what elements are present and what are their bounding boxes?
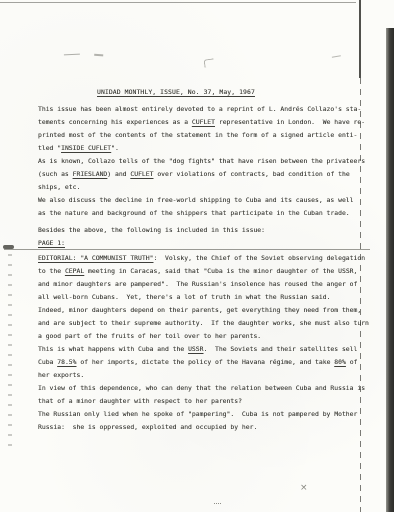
text-segment: of xyxy=(346,358,358,366)
underlined-text-segment: USSR xyxy=(188,345,203,353)
text-line: to the CEPAL meeting in Caracas, said th… xyxy=(38,265,368,278)
text-segment: and are subject to their supreme authori… xyxy=(38,319,369,327)
text-segment: The Russian only lied when he spoke of "… xyxy=(38,410,357,418)
text-line: as the nature and background of the ship… xyxy=(38,207,368,220)
text-line: her exports. xyxy=(38,369,368,382)
fold-line-solid xyxy=(359,0,361,78)
text-line: ships, etc. xyxy=(38,181,368,194)
text-segment: ships, etc. xyxy=(38,183,80,191)
text-line: (such as FRIESLAND) and CUFLET over viol… xyxy=(38,168,368,181)
text-line: all well-born Cubans. Yet, there's a lot… xyxy=(38,291,368,304)
document-body: This issue has been almost entirely devo… xyxy=(38,103,368,434)
text-segment: tled " xyxy=(38,144,61,152)
paragraph-page1-heading: PAGE 1: xyxy=(38,237,368,250)
text-line: This is what happens with Cuba and the U… xyxy=(38,343,368,356)
text-line: and minor daughters are pampered". The R… xyxy=(38,278,368,291)
underlined-text-segment: FRIESLAND xyxy=(73,170,108,178)
paragraph-intro-reprint: This issue has been almost entirely devo… xyxy=(38,103,368,155)
text-line: Russia: she is oppressed, exploited and … xyxy=(38,421,368,434)
text-line: printed most of the contents of the stat… xyxy=(38,129,368,142)
document-title: UNIDAD MONTHLY, ISSUE, No. 37, May, 1967 xyxy=(97,87,255,97)
underlined-text-segment: CEPAL xyxy=(65,267,84,275)
text-segment: . The Soviets and their satellites sell xyxy=(203,345,357,353)
smudge-mark xyxy=(94,54,104,63)
text-line: As is known, Collazo tells of the "dog f… xyxy=(38,155,368,168)
text-segment: (such as xyxy=(38,170,73,178)
underlined-text-segment: INSIDE CUFLET xyxy=(61,144,111,152)
smudge-mark xyxy=(203,58,214,67)
text-segment: to the xyxy=(38,267,65,275)
text-line: that of a minor daughter with respect to… xyxy=(38,395,368,408)
underlined-text-segment: PAGE 1: xyxy=(38,239,65,247)
text-segment: that of a minor daughter with respect to… xyxy=(38,397,242,405)
text-segment: Russia: she is oppressed, exploited and … xyxy=(38,423,257,431)
text-line: tements concerning his experiences as a … xyxy=(38,116,368,129)
paragraph-intro-dogfights: As is known, Collazo tells of the "dog f… xyxy=(38,155,368,194)
smudge-mark xyxy=(64,54,80,60)
underlined-text-segment: CUFLET xyxy=(192,118,215,126)
text-line: EDITORIAL: "A COMMUNIST TRUTH": Volsky, … xyxy=(38,252,368,265)
text-segment: over violations of contracts, bad condit… xyxy=(153,170,349,178)
text-segment: meeting in Caracas, said that "Cuba is t… xyxy=(84,267,357,275)
scan-edge-band xyxy=(386,28,394,512)
paragraph-intro-besides: Besides the above, the following is incl… xyxy=(38,224,368,237)
underlined-text-segment: CUFLET xyxy=(130,170,153,178)
text-segment: of her imports, dictate the policy of th… xyxy=(77,358,335,366)
text-segment: printed most of the contents of the stat… xyxy=(38,131,357,139)
text-line: We also discuss the decline in free-worl… xyxy=(38,194,368,207)
scanned-document-page: × UNIDAD MONTHLY, ISSUE, No. 37, May, 19… xyxy=(0,0,394,512)
text-segment: ) and xyxy=(107,170,130,178)
text-segment: and minor daughters are pampered". The R… xyxy=(38,280,357,288)
text-line: a good part of the fruits of her toil ov… xyxy=(38,330,368,343)
text-segment: ". xyxy=(111,144,119,152)
x-pencil-mark: × xyxy=(300,483,308,493)
underlined-text-segment: 80% xyxy=(334,358,346,366)
text-segment: Besides the above, the following is incl… xyxy=(38,226,265,234)
text-line: In view of this dependence, who can deny… xyxy=(38,382,368,395)
text-segment: tements concerning his experiences as a xyxy=(38,118,192,126)
text-segment: Indeed, minor daughters depend on their … xyxy=(38,306,361,314)
text-segment: This is what happens with Cuba and the xyxy=(38,345,188,353)
text-segment: We also discuss the decline in free-worl… xyxy=(38,196,354,204)
text-line: tled "INSIDE CUFLET". xyxy=(38,142,368,155)
paragraph-editorial: EDITORIAL: "A COMMUNIST TRUTH": Volsky, … xyxy=(38,252,368,434)
underlined-text-segment: 78.5% xyxy=(57,358,76,366)
text-segment: This issue has been almost entirely devo… xyxy=(38,105,361,113)
text-segment: : Volsky, the Chief of the Soviet observ… xyxy=(153,254,365,262)
text-segment: all well-born Cubans. Yet, there's a lot… xyxy=(38,293,330,301)
text-segment: as the nature and background of the ship… xyxy=(38,209,350,217)
text-line: The Russian only lied when he spoke of "… xyxy=(38,408,368,421)
smudge-mark xyxy=(332,55,341,60)
margin-blob xyxy=(3,245,14,249)
text-line: Cuba 78.5% of her imports, dictate the p… xyxy=(38,356,368,369)
text-line: Indeed, minor daughters depend on their … xyxy=(38,304,368,317)
text-line: and are subject to their supreme authori… xyxy=(38,317,368,330)
text-line: PAGE 1: xyxy=(38,237,368,250)
text-line: Besides the above, the following is incl… xyxy=(38,224,368,237)
text-segment: representative in London. We have re- xyxy=(215,118,365,126)
margin-specks xyxy=(8,254,12,454)
text-segment: In view of this dependence, who can deny… xyxy=(38,384,365,392)
underlined-text-segment: EDITORIAL: "A COMMUNIST TRUTH" xyxy=(38,254,153,262)
text-segment: Cuba xyxy=(38,358,57,366)
text-segment: As is known, Collazo tells of the "dog f… xyxy=(38,157,365,165)
dots-mark xyxy=(214,500,221,504)
scan-top-edge-line xyxy=(0,2,356,3)
text-segment: a good part of the fruits of her toil ov… xyxy=(38,332,261,340)
paragraph-intro-shipping: We also discuss the decline in free-worl… xyxy=(38,194,368,220)
text-segment: her exports. xyxy=(38,371,84,379)
text-line: This issue has been almost entirely devo… xyxy=(38,103,368,116)
